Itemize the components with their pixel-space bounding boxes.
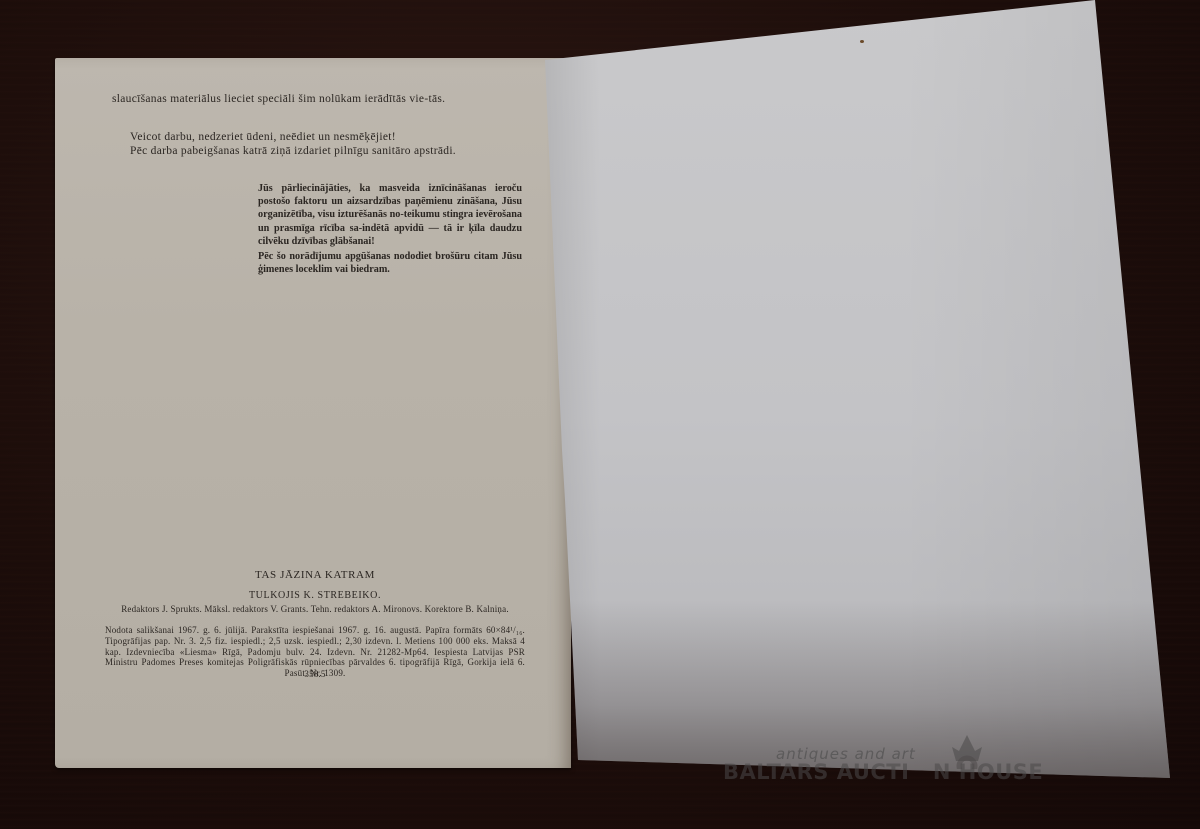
paragraph-sanitation: Pēc darba pabeigšanas katrā ziņā izdarie… [112, 144, 524, 159]
paragraph-disposal: slaucīšanas materiālus lieciet speciāli … [112, 92, 524, 107]
paper-speck [860, 40, 864, 43]
notice-pass-on: Pēc šo norādījumu apgūšanas nododiet bro… [258, 250, 522, 276]
colophon-code: 358.5 [105, 669, 525, 680]
paragraph-no-eating: Veicot darbu, nedzeriet ūdeni, neēdiet u… [112, 130, 524, 145]
watermark-brand: BALTARS AUCTI N HOUSE [723, 760, 1043, 784]
notice-block: Jūs pārliecinājāties, ka masveida iznīci… [258, 182, 522, 248]
watermark-brand-right: N HOUSE [933, 760, 1043, 784]
watermark-brand-left: BALTARS AUCTI [723, 760, 909, 784]
colophon-title: TAS JĀZINA KATRAM [105, 570, 525, 581]
colophon-translator: TULKOJIS K. STREBEIKO. [105, 591, 525, 602]
colophon-editors: Redaktors J. Sprukts. Māksl. redaktors V… [105, 604, 525, 615]
